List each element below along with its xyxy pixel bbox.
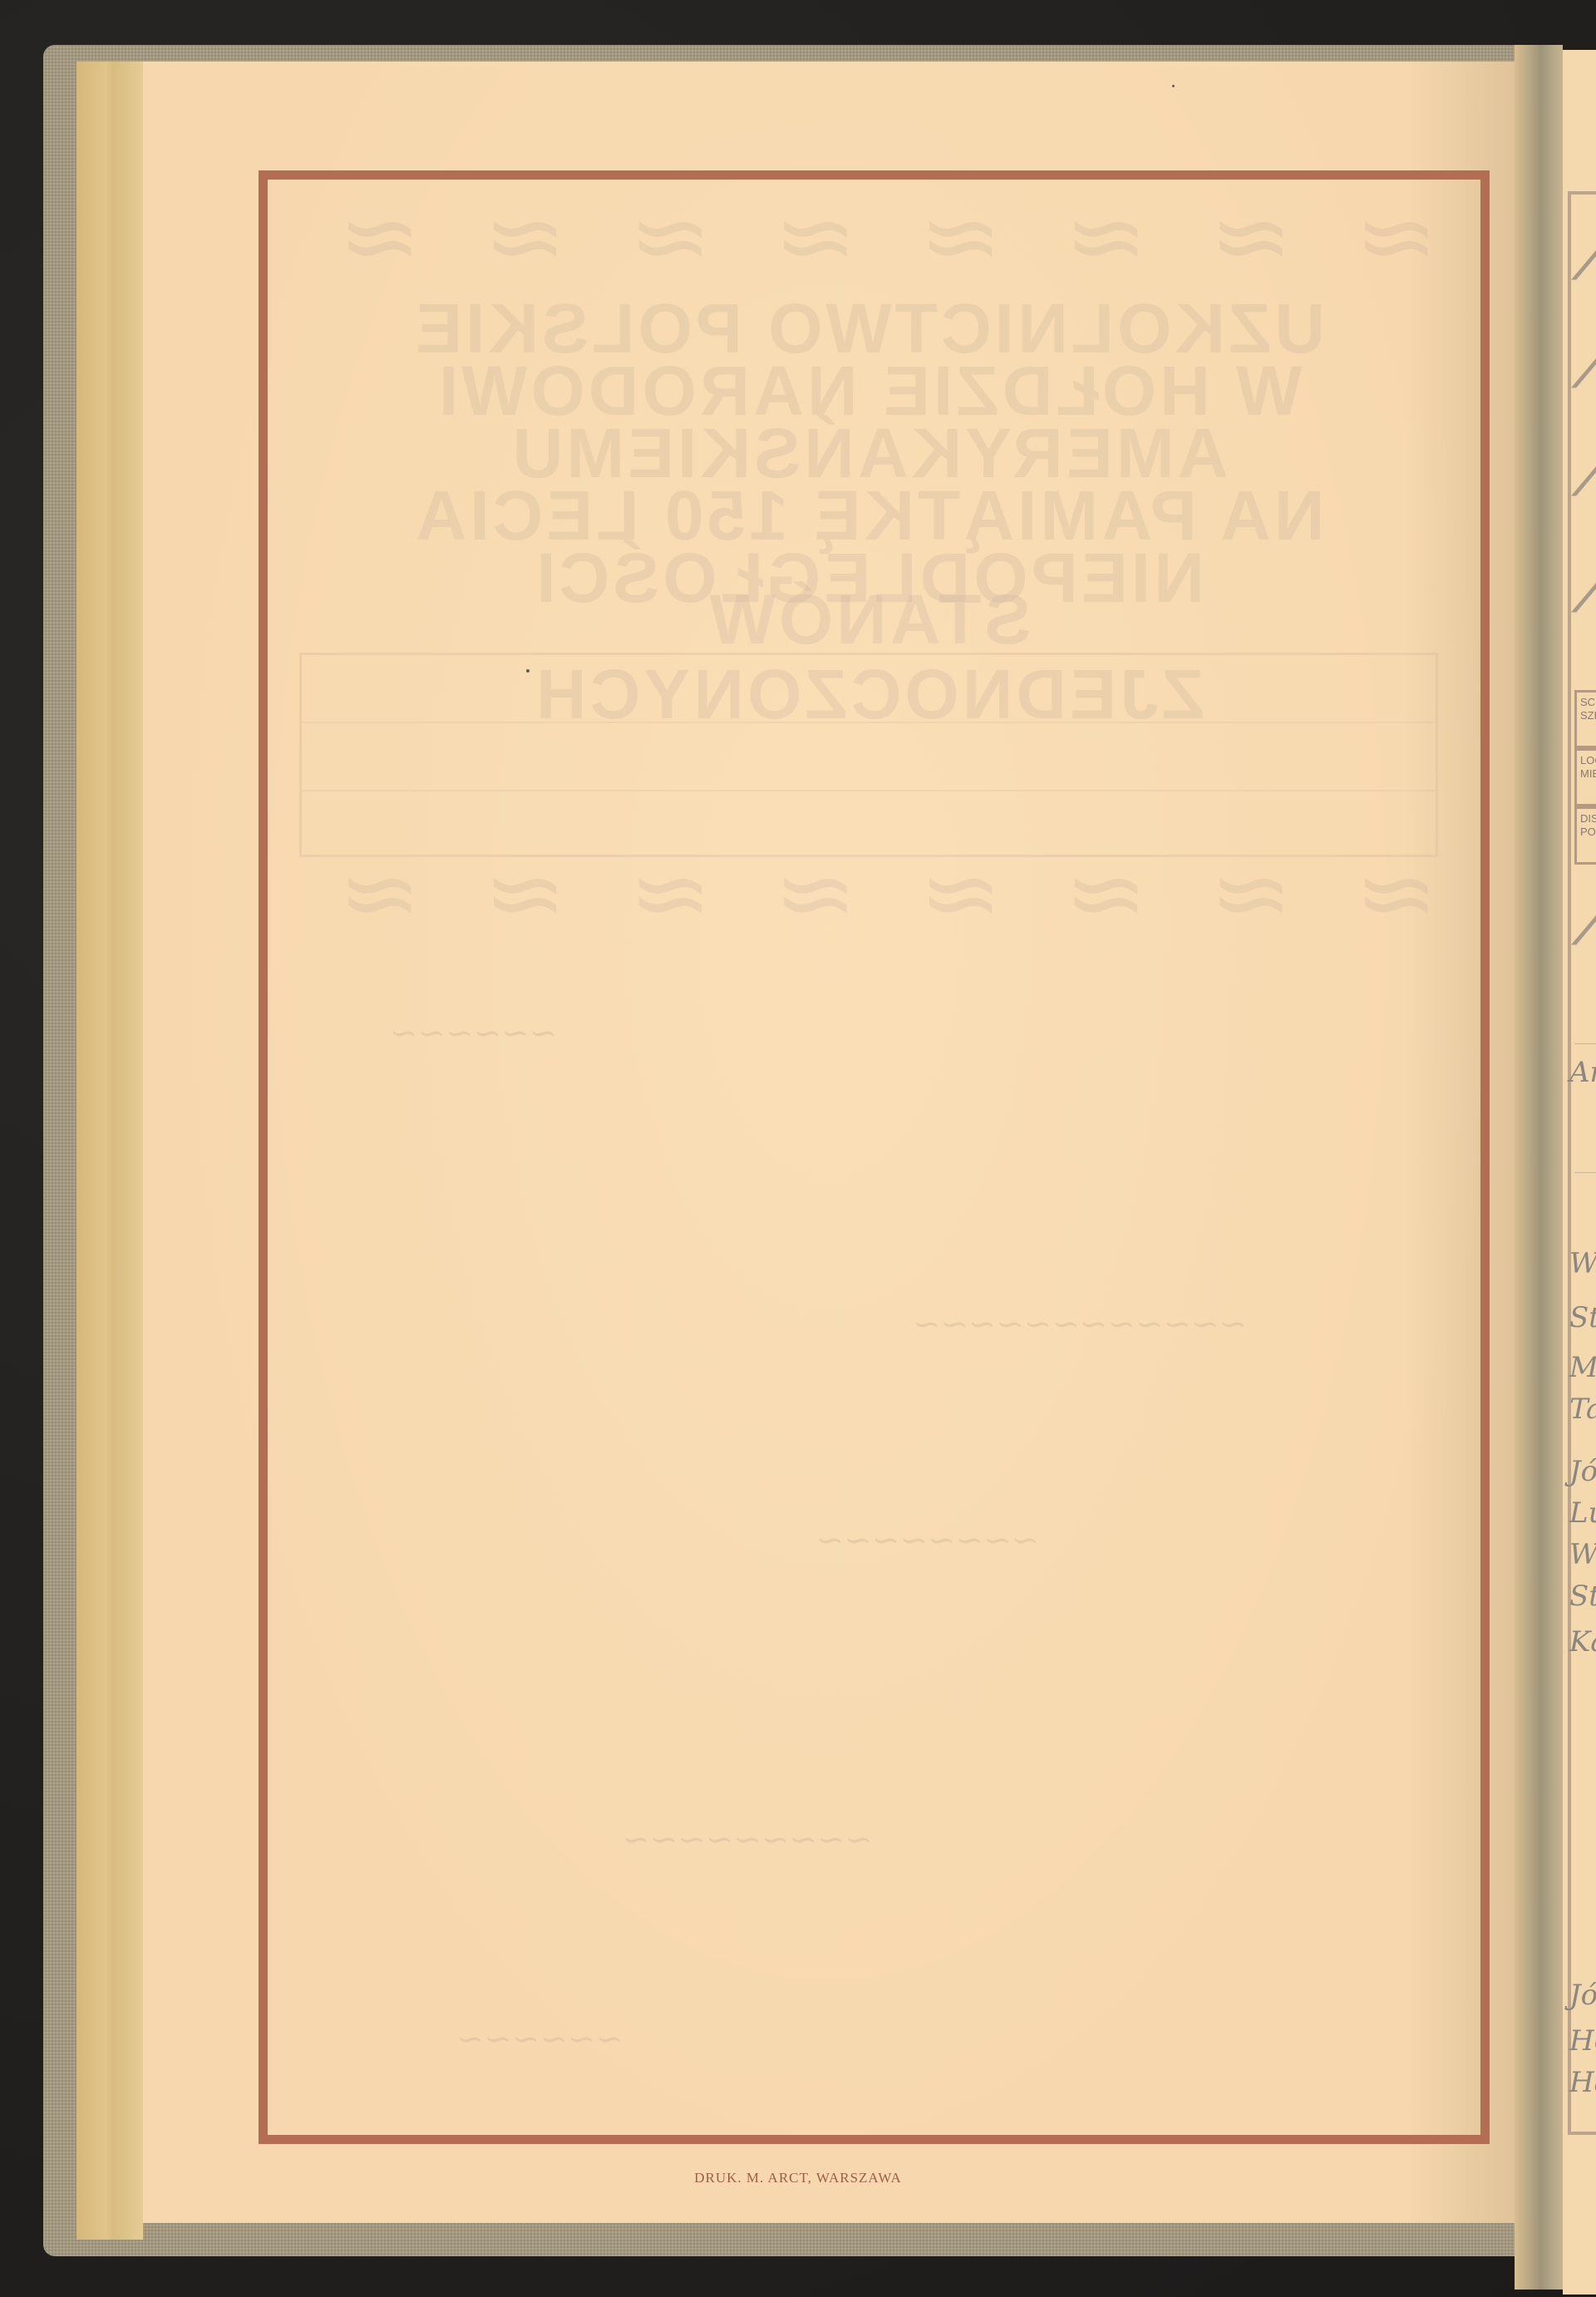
facing-rule: [1574, 1172, 1596, 1173]
facing-box-school: SCHO SZKO: [1574, 690, 1596, 748]
facing-rule: [1574, 1043, 1596, 1044]
page-block-edge: [76, 62, 144, 2240]
facing-handwriting: Stan: [1569, 1301, 1596, 1334]
paper-speck: [526, 669, 530, 673]
decorative-border-frame: [259, 170, 1490, 2144]
facing-handwriting: Józef: [1569, 1455, 1596, 1488]
facing-handwriting: Tade: [1569, 1392, 1596, 1426]
facing-box-district: DISTR POW: [1574, 806, 1596, 865]
facing-ornament: ⟋: [1571, 324, 1596, 399]
facing-handwriting: Marj: [1569, 1351, 1596, 1384]
facing-handwriting: Ludw: [1569, 1496, 1596, 1530]
facing-page-edge: ⟋ ⟋ ⟋ ⟋ SCHO SZKO LOCA MIEJS DISTR POW ⟋…: [1563, 50, 1596, 2295]
paper-speck: [1172, 85, 1175, 87]
facing-ornament: ⟋: [1571, 549, 1596, 624]
facing-handwriting: Wład: [1569, 1538, 1596, 1571]
facing-handwriting: Wład: [1569, 1247, 1596, 1280]
facing-handwriting: Stef: [1569, 1580, 1596, 1613]
facing-ornament: ⟋: [1571, 432, 1596, 507]
facing-handwriting: Hen: [1569, 2024, 1596, 2058]
facing-box-locality: LOCA MIEJS: [1574, 748, 1596, 806]
facing-ornament: ⟋: [1571, 881, 1596, 956]
facing-handwriting: Kazi: [1569, 1625, 1596, 1659]
facing-ornament: ⟋: [1571, 216, 1596, 291]
printer-imprint: DRUK. M. ARCT, WARSZAWA: [0, 2170, 1596, 2186]
facing-handwriting: Anna: [1569, 1056, 1596, 1089]
facing-handwriting: Józef: [1569, 1979, 1596, 2012]
book-gutter-spine: [1515, 45, 1563, 2290]
facing-handwriting: Hadwi: [1569, 2066, 1596, 2099]
